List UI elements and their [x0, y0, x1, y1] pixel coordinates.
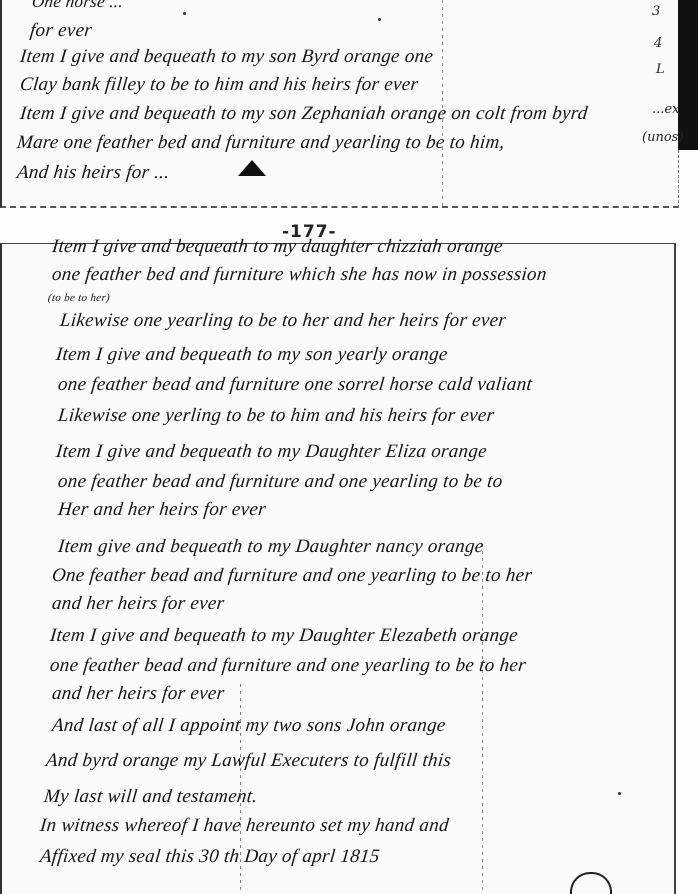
margin-note: 4 — [654, 36, 662, 53]
handwritten-line: And his heirs for ... — [16, 162, 171, 184]
margin-note: 3 — [652, 4, 660, 21]
handwritten-line: In witness whereof I have hereunto set m… — [39, 815, 450, 837]
handwritten-line: Clay bank filley to be to him and his he… — [19, 74, 419, 96]
ink-speck — [618, 792, 621, 795]
handwritten-line: Likewise one yearling to be to her and h… — [59, 310, 507, 332]
handwritten-line: Item I give and bequeath to my daughter … — [51, 236, 504, 258]
handwritten-line: one feather bead and furniture one sorre… — [57, 374, 533, 396]
scan-edge-shadow — [678, 0, 698, 150]
handwritten-line: Item I give and bequeath to my Daughter … — [49, 625, 519, 647]
handwritten-line: And last of all I appoint my two sons Jo… — [51, 715, 447, 737]
handwritten-line: Item give and bequeath to my Daughter na… — [57, 536, 485, 558]
handwritten-line: Her and her heirs for ever — [57, 499, 267, 521]
fold-line — [442, 0, 443, 206]
handwritten-line: One horse ... — [31, 0, 124, 12]
handwritten-line: My last will and testament. — [43, 786, 259, 808]
ink-speck — [183, 12, 186, 15]
ink-blot — [238, 160, 266, 176]
margin-note: (unos) — [642, 130, 683, 147]
handwritten-line: Item I give and bequeath to my son yearl… — [55, 344, 449, 366]
handwritten-line: Likewise one yerling to be to him and hi… — [57, 405, 496, 427]
handwritten-line: Mare one feather bed and furniture and y… — [16, 132, 506, 154]
handwritten-line: (to be to her) — [47, 292, 110, 304]
handwritten-line: Affixed my seal this 30 th Day of aprl 1… — [39, 846, 381, 868]
handwritten-line: for ever — [29, 20, 93, 42]
ink-speck — [378, 18, 381, 21]
handwritten-line: one feather bed and furniture which she … — [51, 264, 548, 286]
margin-note: L — [656, 62, 665, 79]
handwritten-line: Item I give and bequeath to my son Zepha… — [19, 103, 589, 125]
handwritten-line: And byrd orange my Lawful Executers to f… — [45, 750, 452, 772]
handwritten-line: One feather bead and furniture and one y… — [51, 565, 533, 587]
handwritten-line: one feather bead and furniture and one y… — [57, 471, 504, 493]
handwritten-line: and her heirs for ever — [51, 593, 226, 615]
handwritten-line: Item I give and bequeath to my Daughter … — [55, 441, 488, 463]
handwritten-line: one feather bead and furniture and one y… — [49, 655, 527, 677]
previous-page-fragment: One horse ... for ever Item I give and b… — [0, 0, 679, 208]
scanned-document-page: One horse ... for ever Item I give and b… — [0, 0, 698, 894]
margin-note: ...ex — [652, 102, 679, 119]
handwritten-line: Item I give and bequeath to my son Byrd … — [19, 46, 435, 68]
handwritten-line: and her heirs for ever — [51, 683, 226, 705]
fold-line — [482, 544, 483, 894]
